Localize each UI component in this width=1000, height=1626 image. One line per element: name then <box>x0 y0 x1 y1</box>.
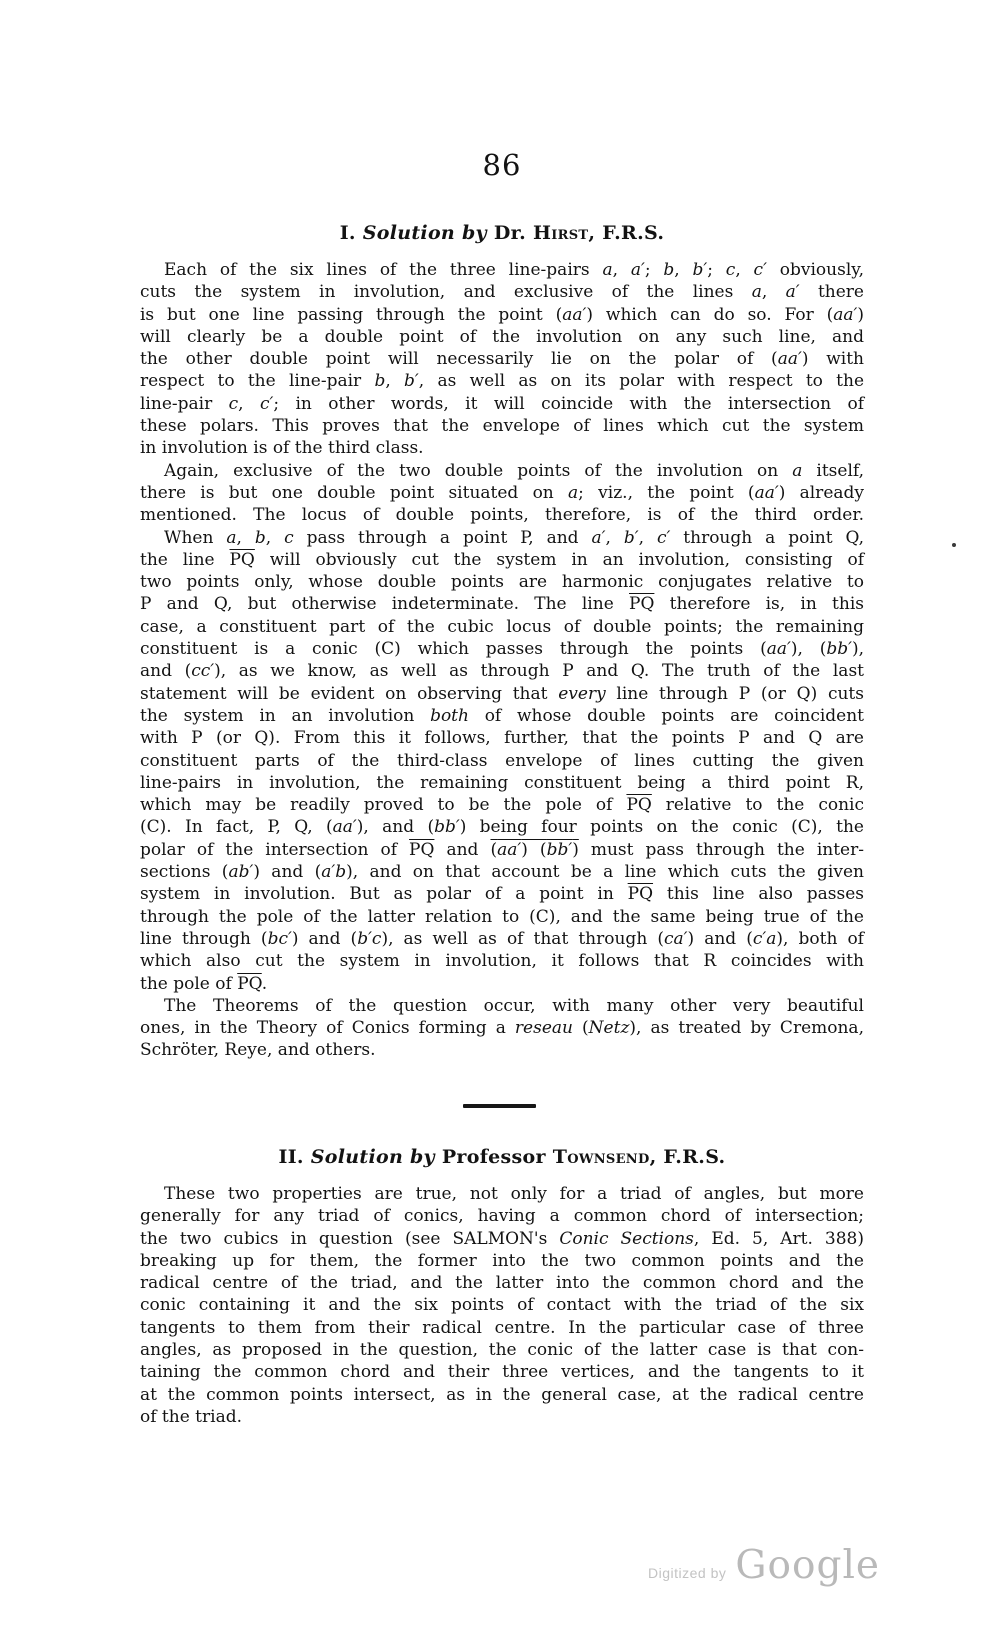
text-line: case, a constituent part of the cubic lo… <box>140 616 864 638</box>
text-line: respect to the line-pair b, b′, as well … <box>140 370 864 392</box>
text-line: polar of the intersection of PQ and (aa′… <box>140 839 864 861</box>
page-number: 86 <box>140 148 864 182</box>
text-line: Each of the six lines of the three line-… <box>140 259 864 281</box>
author-name: Hirst <box>533 222 588 244</box>
text-line: taining the common chord and their three… <box>140 1361 864 1383</box>
section-numeral: II. <box>279 1146 304 1168</box>
author-prefix: Dr. <box>494 222 526 244</box>
text-line: conic containing it and the six points o… <box>140 1294 864 1316</box>
text-line: is but one line passing through the poin… <box>140 304 864 326</box>
section-heading: I. Solution by Dr. Hirst, F.R.S. <box>140 220 864 246</box>
text-line: the two cubics in question (see SALMON's… <box>140 1228 864 1250</box>
text-line: there is but one double point situated o… <box>140 482 864 504</box>
text-line: in involution is of the third class. <box>140 437 864 459</box>
text-line: system in involution. But as polar of a … <box>140 883 864 905</box>
text-line: the system in an involution both of whos… <box>140 705 864 727</box>
text-line: through the pole of the latter relation … <box>140 906 864 928</box>
paragraph: Each of the six lines of the three line-… <box>140 259 864 460</box>
paragraph: These two properties are true, not only … <box>140 1183 864 1428</box>
section-label: Solution by <box>311 1146 435 1168</box>
text-line: angles, as proposed in the question, the… <box>140 1339 864 1361</box>
text-line: radical centre of the triad, and the lat… <box>140 1272 864 1294</box>
text-line: constituent parts of the third-class env… <box>140 750 864 772</box>
text-line: These two properties are true, not only … <box>140 1183 864 1205</box>
section-heading: II. Solution by Professor Townsend, F.R.… <box>140 1144 864 1170</box>
author-name: Townsend <box>553 1146 650 1168</box>
text-line: these polars. This proves that the envel… <box>140 415 864 437</box>
text-line: line through (bc′) and (b′c), as well as… <box>140 928 864 950</box>
text-line: The Theorems of the question occur, with… <box>140 995 864 1017</box>
text-line: cuts the system in involution, and exclu… <box>140 281 864 303</box>
text-line: ones, in the Theory of Conics forming a … <box>140 1017 864 1039</box>
text-line: When a, b, c pass through a point P, and… <box>140 527 864 549</box>
author-suffix: , F.R.S. <box>588 222 664 244</box>
scan-speck-artifact <box>952 543 956 547</box>
paragraph: The Theorems of the question occur, with… <box>140 995 864 1062</box>
section-solution-2: II. Solution by Professor Townsend, F.R.… <box>140 1144 864 1428</box>
text-line: and (cc′), as we know, as well as throug… <box>140 660 864 682</box>
author-prefix: Professor <box>442 1146 546 1168</box>
text-line: will clearly be a double point of the in… <box>140 326 864 348</box>
text-line: statement will be evident on observing t… <box>140 683 864 705</box>
section-body: Each of the six lines of the three line-… <box>140 259 864 1062</box>
text-line: the other double point will necessarily … <box>140 348 864 370</box>
section-numeral: I. <box>340 222 356 244</box>
text-line: the pole of PQ. <box>140 973 864 995</box>
text-line: Schröter, Reye, and others. <box>140 1039 864 1061</box>
paragraph: Again, exclusive of the two double point… <box>140 460 864 527</box>
text-line: P and Q, but otherwise indeterminate. Th… <box>140 593 864 615</box>
author-suffix: , F.R.S. <box>650 1146 726 1168</box>
section-body: These two properties are true, not only … <box>140 1183 864 1428</box>
text-line: which also cut the system in involution,… <box>140 950 864 972</box>
text-line: line-pair c, c′; in other words, it will… <box>140 393 864 415</box>
text-line: of the triad. <box>140 1406 864 1428</box>
digitized-by-label: Digitized by <box>648 1565 726 1581</box>
text-line: (C). In fact, P, Q, (aa′), and (bb′) bei… <box>140 816 864 838</box>
section-divider-rule <box>463 1104 536 1108</box>
text-line: with P (or Q). From this it follows, fur… <box>140 727 864 749</box>
section-solution-1: I. Solution by Dr. Hirst, F.R.S. Each of… <box>140 220 864 1062</box>
text-line: sections (ab′) and (a′b), and on that ac… <box>140 861 864 883</box>
paragraph: When a, b, c pass through a point P, and… <box>140 527 864 995</box>
section-label: Solution by <box>363 222 487 244</box>
text-line: mentioned. The locus of double points, t… <box>140 504 864 526</box>
text-line: line-pairs in involution, the remaining … <box>140 772 864 794</box>
text-line: at the common points intersect, as in th… <box>140 1384 864 1406</box>
text-line: the line PQ will obviously cut the syste… <box>140 549 864 571</box>
google-logo: Google <box>735 1543 880 1588</box>
text-line: constituent is a conic (C) which passes … <box>140 638 864 660</box>
text-line: generally for any triad of conics, havin… <box>140 1205 864 1227</box>
text-line: breaking up for them, the former into th… <box>140 1250 864 1272</box>
text-line: tangents to them from their radical cent… <box>140 1317 864 1339</box>
text-line: Again, exclusive of the two double point… <box>140 460 864 482</box>
text-line: which may be readily proved to be the po… <box>140 794 864 816</box>
watermark: Digitized by Google <box>648 1543 880 1588</box>
text-line: two points only, whose double points are… <box>140 571 864 593</box>
